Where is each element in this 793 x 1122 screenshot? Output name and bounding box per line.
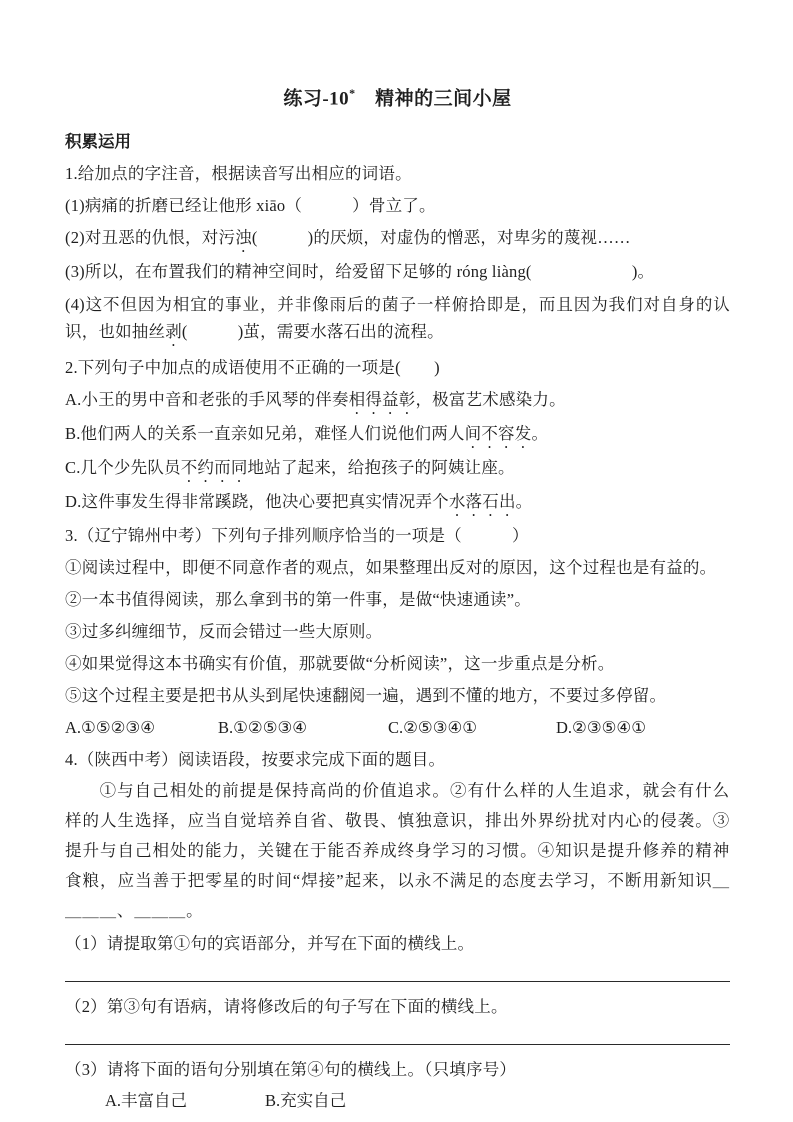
q3-sentence-3: ③过多纠缠细节，反而会错过一些大原则。 [65, 616, 730, 648]
q3-choice-c: C.②⑤③④① [388, 712, 556, 744]
q3-stem: 3.（辽宁锦州中考）下列句子排列顺序恰当的一项是（ ） [65, 520, 730, 552]
q4-sub3: （3）请将下面的语句分别填在第④句的横线上。（只填序号） [65, 1054, 730, 1086]
answer-line-2 [65, 1044, 730, 1045]
q2-option-d-dotted: 水落石出 [449, 492, 516, 511]
q4-sub3-options-row: A.丰富自己 B.充实自己 [65, 1086, 730, 1116]
q1-item-1-text: (1)病痛的折磨已经让他形 xiāo（ ）骨立了。 [65, 196, 436, 215]
q1-item-3: (3)所以，在布置我们的精神空间时，给爱留下足够的 róng liàng( )。 [65, 256, 730, 288]
title-number: 练习-10 [283, 88, 349, 109]
q1-item-2-post: ( )的厌烦，对虚伪的憎恶，对卑劣的蔑视…… [252, 228, 631, 247]
q2-option-b-dotted: 间不容发 [465, 424, 532, 443]
q3-choice-d: D.②③⑤④① [556, 712, 646, 744]
q2-option-d: D.这件事发生得非常蹊跷，他决心要把真实情况弄个水落石出。 [65, 486, 730, 520]
q2-option-c-pre: C.几个少先队员 [65, 458, 181, 477]
q2-option-c-post: 地站了起来，给抱孩子的阿姨让座。 [248, 458, 515, 477]
q1-item-1: (1)病痛的折磨已经让他形 xiāo（ ）骨立了。 [65, 190, 730, 222]
q2-option-a-post: ，极富艺术感染力。 [415, 390, 565, 409]
q1-item-4: (4)这不但因为相宜的事业，并非像雨后的菌子一样俯拾即是，而且因为我们对自身的认… [65, 291, 730, 350]
q4-sub1: （1）请提取第①句的宾语部分，并写在下面的横线上。 [65, 928, 730, 960]
q2-stem: 2.下列句子中加点的成语使用不正确的一项是( ) [65, 352, 730, 384]
q3-sentence-1: ①阅读过程中，即便不同意作者的观点，如果整理出反对的原因，这个过程也是有益的。 [65, 552, 730, 584]
q2-option-d-post: 。 [516, 492, 533, 511]
q1-item-4-dotted: 剥 [165, 322, 182, 341]
title-text: 精神的三间小屋 [356, 88, 512, 109]
q1-item-2-dotted: 浊 [235, 228, 252, 247]
answer-line-1 [65, 981, 730, 982]
q2-option-b-post: 。 [531, 424, 548, 443]
q2-option-d-pre: D.这件事发生得非常蹊跷，他决心要把真实情况弄个 [65, 492, 449, 511]
worksheet-title: 练习-10* 精神的三间小屋 [65, 80, 730, 112]
q3-sentence-5: ⑤这个过程主要是把书从头到尾快速翻阅一遍，遇到不懂的地方，不要过多停留。 [65, 680, 730, 712]
q2-option-c: C.几个少先队员不约而同地站了起来，给抱孩子的阿姨让座。 [65, 452, 730, 486]
q4-sub3-option-b: B.充实自己 [265, 1086, 346, 1116]
q1-item-2: (2)对丑恶的仇恨，对污浊( )的厌烦，对虚伪的憎恶，对卑劣的蔑视…… [65, 222, 730, 256]
q3-choice-a: A.①⑤②③④ [65, 712, 218, 744]
q1-item-4-post: ( )茧，需要水落石出的流程。 [182, 322, 444, 341]
q4-sub3-option-a: A.丰富自己 [105, 1086, 265, 1116]
q3-choices-row: A.①⑤②③④ B.①②⑤③④ C.②⑤③④① D.②③⑤④① [65, 712, 730, 744]
q2-option-b: B.他们两人的关系一直亲如兄弟，难怪人们说他们两人间不容发。 [65, 418, 730, 452]
q2-option-a-dotted: 相得益彰 [349, 390, 416, 409]
q1-item-3-text: (3)所以，在布置我们的精神空间时，给爱留下足够的 róng liàng( )。 [65, 262, 654, 281]
q2-option-c-dotted: 不约而同 [181, 458, 248, 477]
q2-option-a-pre: A.小王的男中音和老张的手风琴的伴奏 [65, 390, 349, 409]
section-heading: 积累运用 [65, 126, 730, 158]
q3-sentence-2: ②一本书值得阅读，那么拿到书的第一件事，是做“快速通读”。 [65, 584, 730, 616]
q1-item-2-pre: (2)对丑恶的仇恨，对污 [65, 228, 235, 247]
q2-option-a: A.小王的男中音和老张的手风琴的伴奏相得益彰，极富艺术感染力。 [65, 384, 730, 418]
q3-choice-b: B.①②⑤③④ [218, 712, 388, 744]
q4-sub2: （2）第③句有语病，请将修改后的句子写在下面的横线上。 [65, 991, 730, 1023]
q4-stem: 4.（陕西中考）阅读语段，按要求完成下面的题目。 [65, 744, 730, 776]
q3-sentence-4: ④如果觉得这本书确实有价值，那就要做“分析阅读”，这一步重点是分析。 [65, 648, 730, 680]
q2-option-b-pre: B.他们两人的关系一直亲如兄弟，难怪人们说他们两人 [65, 424, 465, 443]
q4-passage: ①与自己相处的前提是保持高尚的价值追求。②有什么样的人生追求，就会有什么样的人生… [65, 776, 730, 926]
q1-stem: 1.给加点的字注音，根据读音写出相应的词语。 [65, 158, 730, 190]
